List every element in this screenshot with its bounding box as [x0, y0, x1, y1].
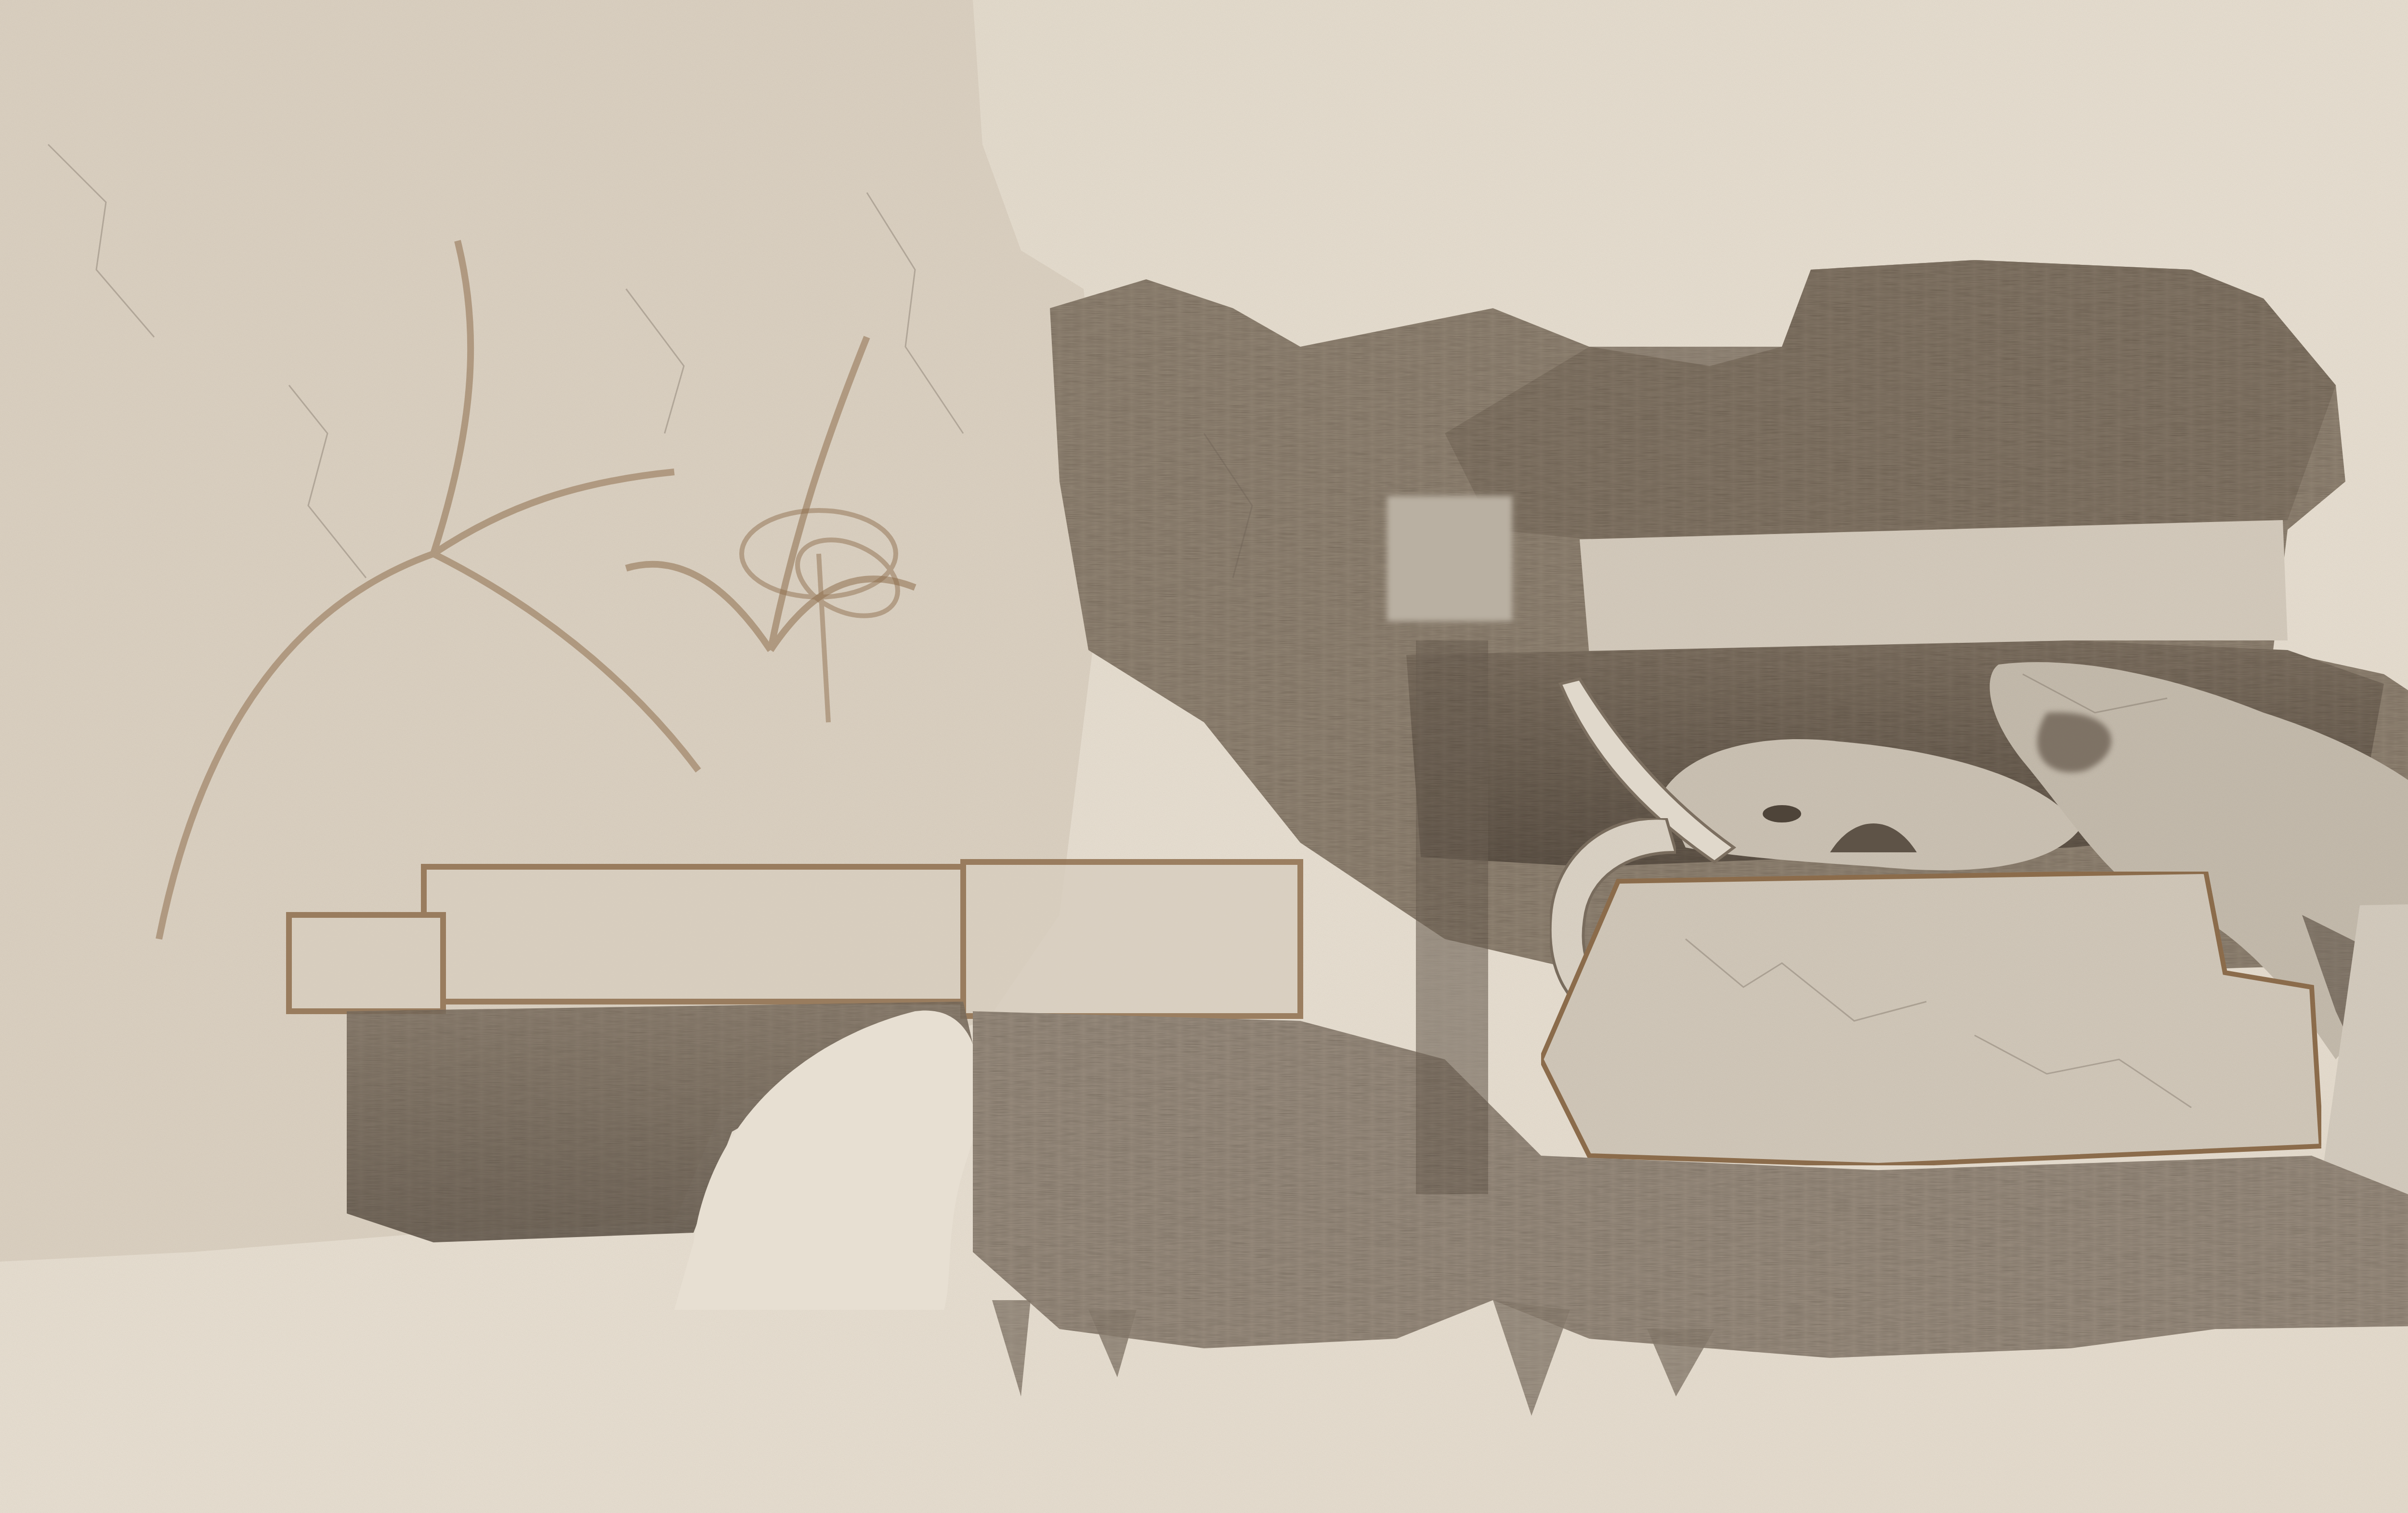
light-horizontal-band: [1580, 520, 2288, 655]
grey-patch: [1387, 496, 1512, 621]
elephant-eye: [1763, 805, 1801, 822]
fresco-artwork: [0, 0, 2408, 1513]
central-stone-block: [1541, 872, 2321, 1165]
fresco-image: [0, 0, 2408, 1513]
vertical-dark-bar: [1416, 640, 1488, 1194]
stone-ledges-left: [289, 862, 1300, 1016]
